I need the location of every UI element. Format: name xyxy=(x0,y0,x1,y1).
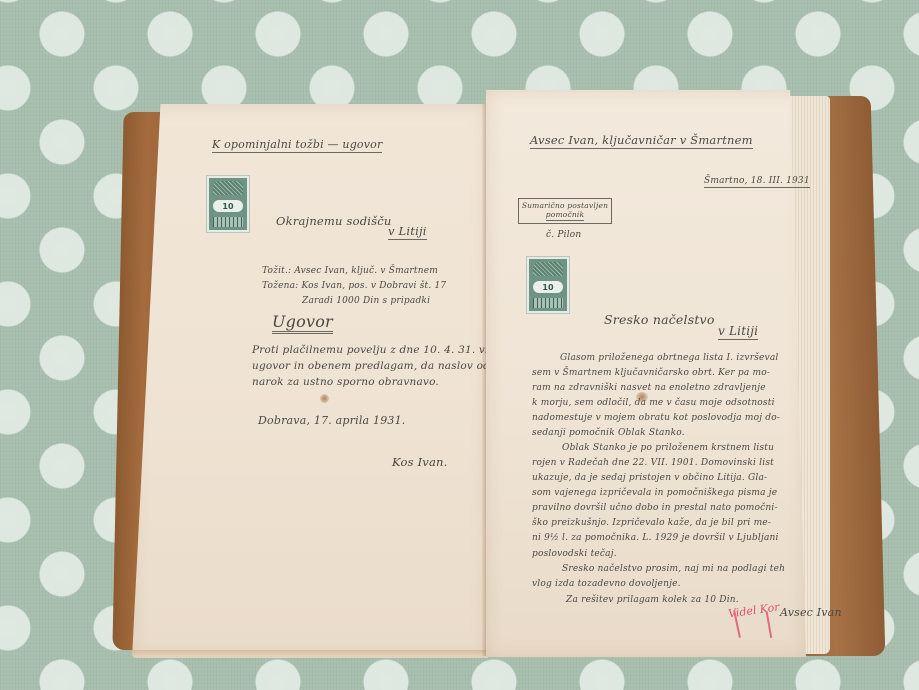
open-notebook: K opominjalni tožbi — ugovor 10 Okrajnem… xyxy=(0,0,919,690)
stamp-crest xyxy=(533,262,563,276)
ugovor-title: Ugovor xyxy=(272,312,333,334)
stamp-base xyxy=(533,298,563,308)
claim-amount-line: Zaradi 1000 Din s pripadki xyxy=(302,296,430,306)
left-body-line-3: narok za ustno sporno obravnavo. xyxy=(252,376,439,388)
right-body-line-17: Za rešitev prilagam kolek za 10 Din. xyxy=(566,595,739,605)
left-body-line-1: Proti plačilnemu povelju z dne 10. 4. 31… xyxy=(252,344,519,356)
defendant-line: Tožena: Kos Ivan, pos. v Dobravi št. 17 xyxy=(262,281,446,291)
right-body-line-14: poslovodski tečaj. xyxy=(532,549,617,559)
right-addressee-line1: Sresko načelstvo xyxy=(604,312,715,327)
paper-stain xyxy=(320,394,329,403)
right-body-line-9: ukazuje, da je sedaj pristojen v občino … xyxy=(532,473,767,483)
right-page-date: Šmartno, 18. III. 1931 xyxy=(704,176,810,188)
revenue-stamp-icon: 10 xyxy=(207,176,249,232)
left-place-date: Dobrava, 17. aprila 1931. xyxy=(258,414,406,427)
right-signature: Avsec Ivan xyxy=(780,606,842,619)
stamp-value: 10 xyxy=(213,200,243,212)
left-body-line-2: ugovor in obenem predlagam, da naslov od… xyxy=(252,360,512,372)
right-body-line-6: sedanji pomočnik Oblak Stanko. xyxy=(532,428,685,438)
right-body-line-5: nadomestuje v mojem obratu kot poslovodj… xyxy=(532,413,780,423)
paper-stain xyxy=(636,392,648,402)
left-addressee-line2: v Litiji xyxy=(388,224,427,240)
right-addressee-line2: v Litiji xyxy=(718,324,758,340)
stamp-base xyxy=(213,217,243,227)
right-body-line-2: sem v Šmartnem ključavničarsko obrt. Ker… xyxy=(532,368,770,378)
stamp-crest xyxy=(213,181,243,195)
plaintiff-line: Tožit.: Avsec Ivan, ključ. v Šmartnem xyxy=(262,266,438,276)
right-body-line-4: k morju, sem odločil, da me v času moje … xyxy=(532,398,775,408)
right-body-line-12: ško preizkušnjo. Izpričevalo kaže, da je… xyxy=(532,518,771,528)
right-body-line-13: ni 9½ l. za pomočnika. L. 1929 je dovrši… xyxy=(532,533,779,543)
left-addressee-line1: Okrajnemu sodišču xyxy=(276,214,392,228)
right-body-line-8: rojen v Radečah dne 22. VII. 1901. Domov… xyxy=(532,458,774,468)
right-body-line-10: som vajenega izpričevala in pomočniškega… xyxy=(532,488,777,498)
right-body-line-1: Glasom priloženega obrtnega lista I. izv… xyxy=(560,353,778,363)
right-body-line-11: pravilno dovršil učno dobo in prestal na… xyxy=(532,503,778,513)
stamp-value: 10 xyxy=(533,281,563,293)
boxed-note-below: č. Pilon xyxy=(546,230,581,240)
boxed-note: Sumarično postavljen pomočnik xyxy=(518,198,612,224)
right-body-line-7: Oblak Stanko je po priloženem krstnem li… xyxy=(562,443,774,453)
left-signature: Kos Ivan. xyxy=(392,455,448,469)
right-body-line-16: vlog izda tozadevno dovoljenje. xyxy=(532,579,681,589)
right-body-line-3: ram na zdravniški nasvet na enoletno zdr… xyxy=(532,383,766,393)
right-body-line-15: Sresko načelstvo prosim, naj mi na podla… xyxy=(562,564,785,574)
page-edge-stain xyxy=(132,650,488,656)
right-page-header: Avsec Ivan, ključavničar v Šmartnem xyxy=(530,133,753,149)
left-page-header: K opominjalni tožbi — ugovor xyxy=(212,138,382,153)
boxed-note-line1: Sumarično postavljen xyxy=(522,201,608,210)
revenue-stamp-icon: 10 xyxy=(527,257,569,313)
boxed-note-line2: pomočnik xyxy=(546,210,585,221)
